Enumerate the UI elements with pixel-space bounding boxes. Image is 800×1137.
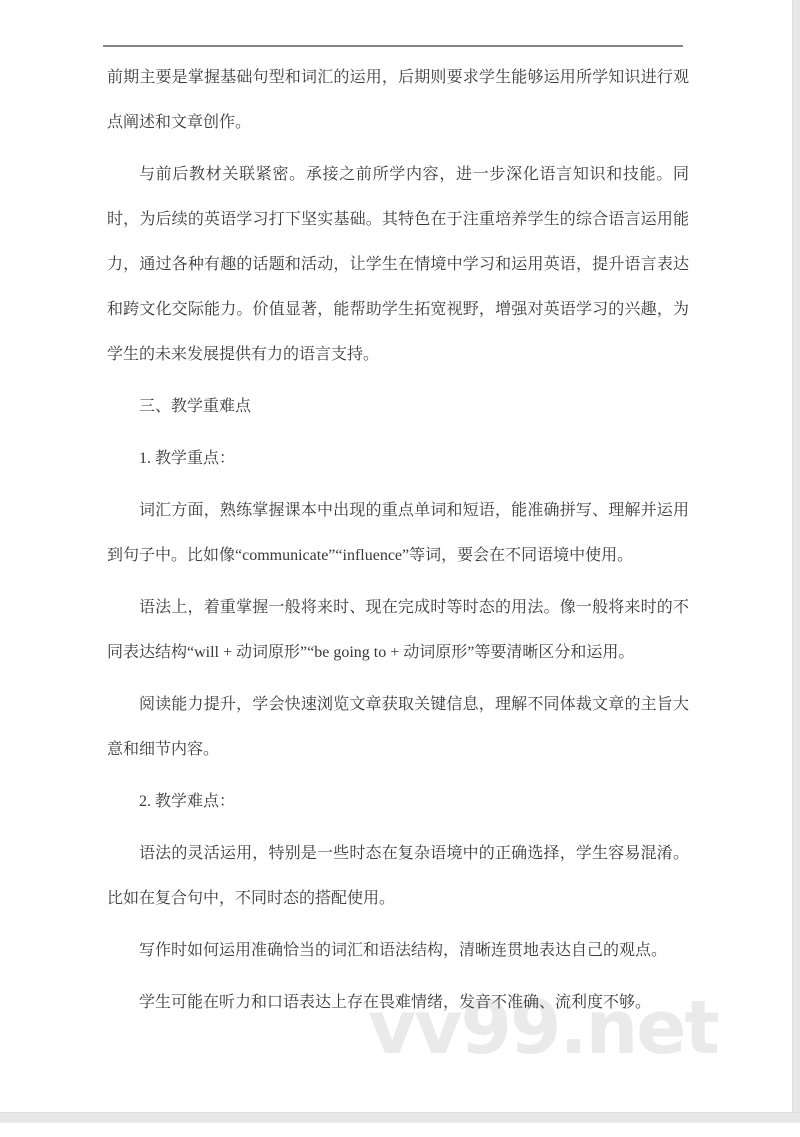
document-body: 前期主要是掌握基础句型和词汇的运用，后期则要求学生能够运用所学知识进行观点阐述和… [107,55,689,1032]
document-page: 前期主要是掌握基础句型和词汇的运用，后期则要求学生能够运用所学知识进行观点阐述和… [0,0,800,1137]
subsection-heading: 1. 教学重点： [107,436,689,481]
paragraph: 与前后教材关联紧密。承接之前所学内容，进一步深化语言知识和技能。同时，为后续的英… [107,152,689,377]
paragraph: 前期主要是掌握基础句型和词汇的运用，后期则要求学生能够运用所学知识进行观点阐述和… [107,55,689,145]
page-gap-bottom [0,1112,800,1123]
paragraph: 语法的灵活运用，特别是一些时态在复杂语境中的正确选择，学生容易混淆。比如在复合句… [107,831,689,921]
page-edge-right [792,0,800,1112]
paragraph: 阅读能力提升，学会快速浏览文章获取关键信息，理解不同体裁文章的主旨大意和细节内容… [107,682,689,772]
paragraph: 学生可能在听力和口语表达上存在畏难情绪，发音不准确、流利度不够。 [107,980,689,1025]
header-divider [103,45,683,47]
subsection-heading: 2. 教学难点： [107,779,689,824]
paragraph: 语法上，着重掌握一般将来时、现在完成时等时态的用法。像一般将来时的不同表达结构“… [107,585,689,675]
paragraph: 词汇方面，熟练掌握课本中出现的重点单词和短语，能准确拼写、理解并运用到句子中。比… [107,488,689,578]
section-heading: 三、教学重难点 [107,384,689,429]
paragraph: 写作时如何运用准确恰当的词汇和语法结构，清晰连贯地表达自己的观点。 [107,928,689,973]
